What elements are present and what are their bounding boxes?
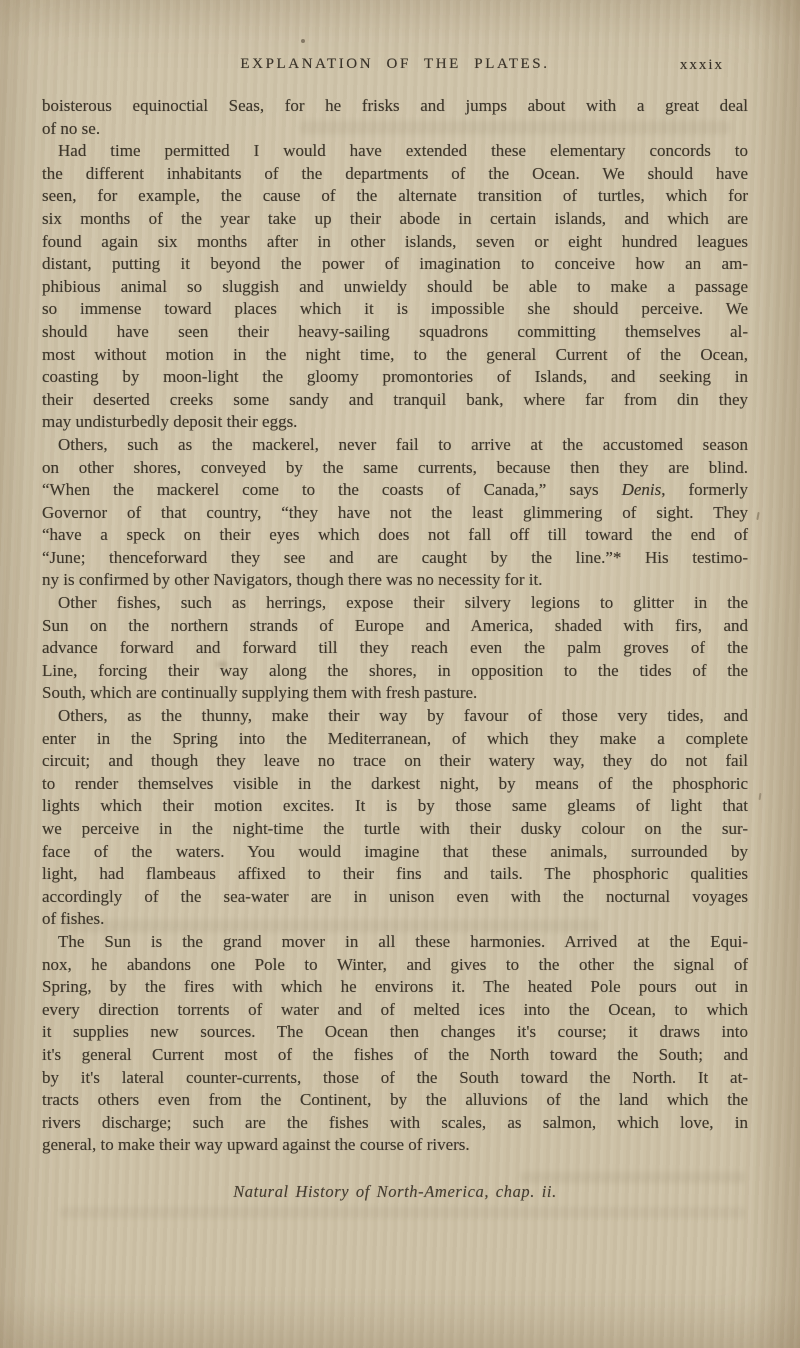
source-citation: Natural History of North-America, chap. … [42, 1182, 748, 1202]
paragraph: The Sun is the grand mover in all these … [42, 931, 748, 1157]
text-line: accordingly of the sea-water are in unis… [42, 886, 748, 909]
text-line: Line, forcing their way along the shores… [42, 660, 748, 683]
text-line: Spring, by the fires with which he envir… [42, 976, 748, 999]
text-line: Others, such as the mackerel, never fail… [42, 434, 748, 457]
paragraph: Had time permitted I would have extended… [42, 140, 748, 434]
text-line: most without motion in the night time, t… [42, 344, 748, 367]
text-line: tracts others even from the Continent, b… [42, 1089, 748, 1112]
text-line: seen, for example, the cause of the alte… [42, 185, 748, 208]
text-line: every direction torrents of water and of… [42, 999, 748, 1022]
book-page: EXPLANATION OF THE PLATES. xxxix boister… [0, 0, 800, 1348]
text-line: by it's lateral counter-currents, those … [42, 1067, 748, 1090]
text-line: circuit; and though they leave no trace … [42, 750, 748, 773]
text-line: it's general Current most of the fishes … [42, 1044, 748, 1067]
text-line: Others, as the thunny, make their way by… [42, 705, 748, 728]
text-line: ny is confirmed by other Navigators, tho… [42, 569, 748, 592]
showthrough-smudge [60, 1207, 745, 1218]
text-line: general, to make their way upward agains… [42, 1134, 748, 1157]
text-line: nox, he abandons one Pole to Winter, and… [42, 954, 748, 977]
text-line: light, had flambeaus affixed to their fi… [42, 863, 748, 886]
text-line: Had time permitted I would have extended… [42, 140, 748, 163]
running-title: EXPLANATION OF THE PLATES. [42, 56, 748, 73]
text-line: rivers discharge; such are the fishes wi… [42, 1112, 748, 1135]
paragraph: boisterous equinoctial Seas, for he fris… [42, 95, 748, 140]
text-line: enter in the Spring into the Mediterrane… [42, 728, 748, 751]
text-line: “June; thenceforward they see and are ca… [42, 547, 748, 570]
text-line: on other shores, conveyed by the same cu… [42, 457, 748, 480]
text-line: distant, putting it beyond the power of … [42, 253, 748, 276]
paragraph: Others, such as the mackerel, never fail… [42, 434, 748, 592]
text-line: to render themselves visible in the dark… [42, 773, 748, 796]
page-header: EXPLANATION OF THE PLATES. xxxix [42, 56, 748, 80]
text-line: face of the waters. You would imagine th… [42, 841, 748, 864]
paper-stain [214, 659, 230, 670]
text-line: of no se. [42, 118, 748, 141]
text-line: Governor of that country, “they have not… [42, 502, 748, 525]
paragraph: Others, as the thunny, make their way by… [42, 705, 748, 931]
text-line: the different inhabitants of the departm… [42, 163, 748, 186]
text-line: six months of the year take up their abo… [42, 208, 748, 231]
text-line: we perceive in the night-time the turtle… [42, 818, 748, 841]
text-line: of fishes. [42, 908, 748, 931]
text-line: The Sun is the grand mover in all these … [42, 931, 748, 954]
text-line: it supplies new sources. The Ocean then … [42, 1021, 748, 1044]
text-line: found again six months after in other is… [42, 231, 748, 254]
ink-speck [756, 512, 759, 520]
ink-speck [759, 793, 762, 800]
text-line: phibious animal so sluggish and unwieldy… [42, 276, 748, 299]
text-line: Other fishes, such as herrings, expose t… [42, 592, 748, 615]
text-line: may undisturbedly deposit their eggs. [42, 411, 748, 434]
text-line: coasting by moon-light the gloomy promon… [42, 366, 748, 389]
text-line: South, which are continually supplying t… [42, 682, 748, 705]
text-line: their deserted creeks some sandy and tra… [42, 389, 748, 412]
ink-speck [301, 39, 305, 43]
paragraph: Other fishes, such as herrings, expose t… [42, 592, 748, 705]
text-line: so immense toward places which it is imp… [42, 298, 748, 321]
text-line: lights which their motion excites. It is… [42, 795, 748, 818]
page-number: xxxix [680, 57, 724, 74]
text-line: should have seen their heavy-sailing squ… [42, 321, 748, 344]
text-line: boisterous equinoctial Seas, for he fris… [42, 95, 748, 118]
text-line: “When the mackerel come to the coasts of… [42, 479, 748, 502]
text-line: “have a speck on their eyes which does n… [42, 524, 748, 547]
body-text: boisterous equinoctial Seas, for he fris… [42, 95, 748, 1157]
text-line: advance forward and forward till they re… [42, 637, 748, 660]
text-line: Sun on the northern strands of Europe an… [42, 615, 748, 638]
